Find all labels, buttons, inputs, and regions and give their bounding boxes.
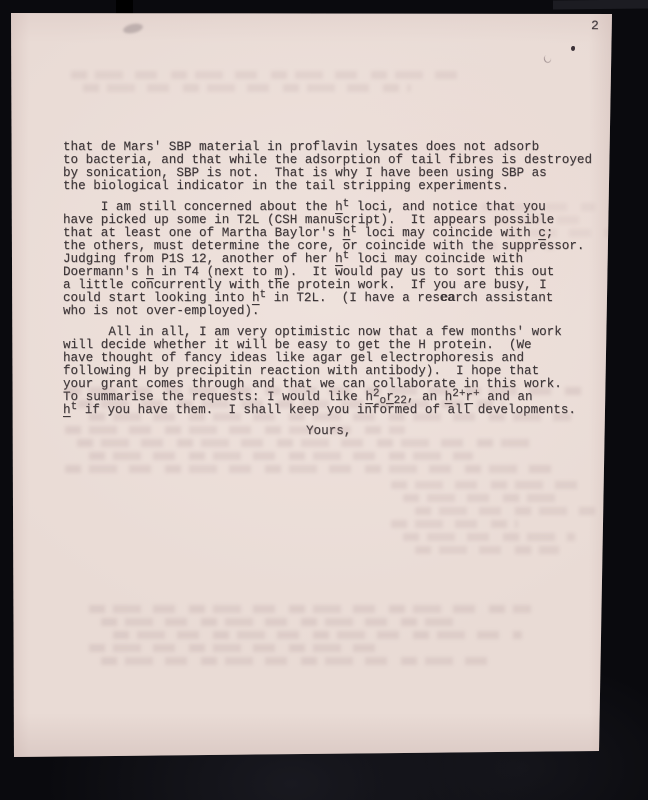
gene-symbol: h	[146, 265, 154, 279]
bleed-through-line	[89, 413, 571, 421]
text-segment: ea	[440, 291, 455, 305]
page-number: 2	[591, 18, 599, 33]
bleed-through-line	[89, 605, 531, 613]
bleed-through-line	[101, 618, 464, 626]
text-segment: by sonication, SBP is not. That is why I…	[63, 166, 547, 180]
backing-notch	[116, 0, 133, 14]
gene-symbol: h	[252, 291, 260, 305]
text-segment: rch assistant	[455, 291, 553, 305]
bleed-through-line	[113, 631, 522, 639]
bleed-through-line	[505, 229, 611, 237]
bleed-through-line	[77, 439, 537, 447]
bleed-through-middle-right	[391, 481, 596, 559]
letter-paragraph: that de Mars' SBP material in proflavin …	[63, 141, 592, 193]
bleed-through-line	[415, 507, 595, 515]
text-segment: t	[260, 289, 267, 301]
gene-symbol: h	[335, 252, 343, 266]
pencil-mark	[543, 54, 552, 64]
bleed-through-line	[415, 546, 559, 554]
bleed-through-right-margin	[481, 203, 601, 255]
text-segment: ). It would pay us to sort this out	[282, 265, 554, 279]
text-segment: that de Mars' SBP material in proflavin …	[63, 140, 539, 154]
ink-smudge	[122, 22, 143, 35]
letter-line: the biological indicator in the tail str…	[63, 180, 592, 193]
letter-page: 2 that de Mars' SBP material in proflavi…	[11, 13, 613, 758]
bleed-through-line	[89, 452, 473, 460]
text-segment: All in all, I am very optimistic now tha…	[63, 325, 562, 339]
text-segment: in T4 (next to	[154, 265, 275, 279]
bleed-through-line	[65, 465, 558, 473]
text-segment: that at least one of Martha Baylor's	[63, 226, 343, 240]
text-segment: the biological indicator in the tail str…	[63, 179, 509, 193]
bleed-through-top	[71, 71, 491, 97]
bleed-through-line	[403, 533, 575, 541]
text-segment: t	[343, 250, 350, 262]
text-segment: t	[343, 198, 350, 210]
text-segment: in T2L. (I have a res	[266, 291, 440, 305]
gene-symbol: h	[335, 200, 343, 214]
text-segment: I am still concerned about the	[63, 200, 335, 214]
bleed-through-line	[481, 242, 555, 250]
bleed-through-line	[71, 71, 470, 79]
bleed-through-line	[77, 400, 504, 408]
text-segment: a little concurrently with the protein w…	[63, 278, 547, 292]
bleed-through-line	[101, 657, 492, 665]
text-segment: could start looking into	[63, 291, 252, 305]
bleed-through-middle	[65, 387, 613, 478]
bleed-through-line	[65, 387, 586, 395]
bleed-through-line	[493, 216, 587, 224]
bleed-through-line	[391, 481, 586, 489]
ink-speck	[571, 46, 575, 51]
bleed-through-line	[65, 426, 405, 434]
bleed-through-line	[89, 644, 377, 652]
bleed-through-line	[83, 84, 411, 92]
bleed-through-line	[391, 520, 518, 528]
text-segment: have thought of fancy ideas like agar ge…	[63, 351, 524, 365]
text-segment: following H by precipitin reaction with …	[63, 364, 539, 378]
photo-backdrop: { "page": { "number": "2", "closing": "Y…	[0, 0, 648, 800]
text-segment: to bacteria, and that while the adsorpti…	[63, 153, 592, 167]
text-segment: Doermann's	[63, 265, 146, 279]
bleed-through-line	[481, 203, 595, 211]
text-segment: t	[350, 224, 357, 236]
backing-seam	[553, 0, 648, 9]
bleed-through-line	[403, 494, 563, 502]
text-segment: who is not over-employed).	[63, 304, 260, 318]
text-segment: Judging from P1S 12, another of her	[63, 252, 335, 266]
text-segment: will decide whether it will be easy to g…	[63, 338, 532, 352]
bleed-through-lower	[89, 605, 554, 670]
letter-line: who is not over-employed).	[63, 305, 592, 318]
